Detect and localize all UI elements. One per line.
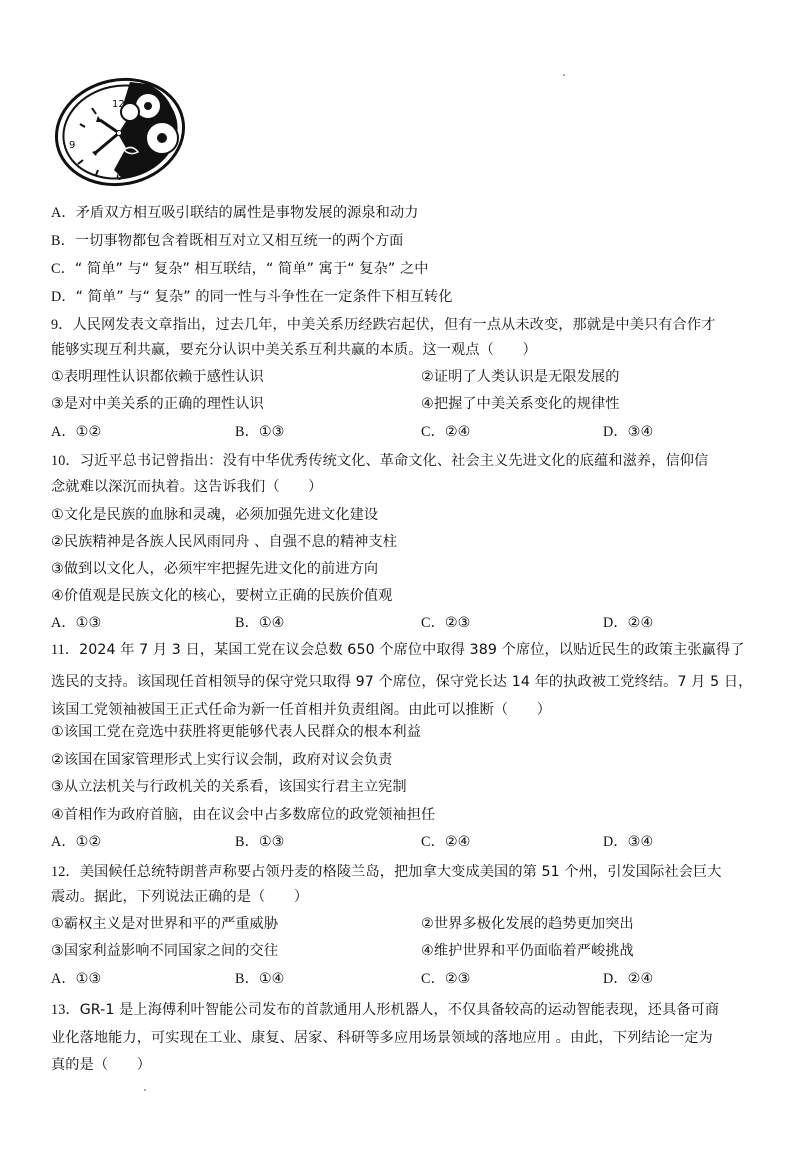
q8-option-a: A．矛盾双方相互吸引联结的属性是事物发展的源泉和动力 bbox=[51, 203, 419, 223]
q12-statement-1: ①霸权主义是对世界和平的严重威胁 bbox=[51, 916, 278, 932]
q13-stem-line2: 业化落地能力，可实现在工业、康复、居家、科研等多应用场景领域的落地应用 。由此，… bbox=[51, 1028, 713, 1048]
q9-statement-4: ④把握了中美关系变化的规律性 bbox=[421, 394, 620, 414]
q11-stem-line3: 该国工党领袖被国王正式任命为新一任首相并负责组阁。由此可以推断（ ） bbox=[51, 700, 551, 720]
q12-statement-3: ③国家利益影响不同国家之间的交往 bbox=[51, 943, 278, 959]
q9-statement-1: ①表明理性认识都依赖于感性认识 bbox=[51, 369, 264, 385]
q13-stem-line3: 真的是（ ） bbox=[51, 1055, 151, 1075]
q12-statement-2: ②世界多极化发展的趋势更加突出 bbox=[421, 914, 634, 934]
q9-choice-b[interactable]: B．①③ bbox=[235, 422, 285, 442]
q9-choices: A．①② B．①③ C．②④ D．③④ bbox=[51, 422, 771, 442]
q9-statement-2: ②证明了人类认识是无限发展的 bbox=[421, 367, 620, 387]
q9-choice-a[interactable]: A．①② bbox=[51, 422, 101, 442]
q12-stem-line1: 12．美国候任总统特朗普声称要占领丹麦的格陵兰岛，把加拿大变成美国的第 51 个… bbox=[51, 862, 722, 882]
q12-choice-c[interactable]: C．②③ bbox=[421, 969, 471, 989]
q9-statements-row2: ③是对中美关系的正确的理性认识 ④把握了中美关系变化的规律性 bbox=[51, 394, 264, 414]
q11-stem-line2: 选民的支持。该国现任首相领导的保守党只取得 97 个席位，保守党长达 14 年的… bbox=[51, 672, 752, 692]
q9-stem-line2: 能够实现互利共赢，要充分认识中美关系互利共赢的本质。这一观点（ ） bbox=[51, 340, 537, 360]
q11-choice-c[interactable]: C．②④ bbox=[421, 832, 471, 852]
q11-statement-2: ②该国在国家管理形式上实行议会制，政府对议会负责 bbox=[51, 750, 392, 770]
q13-stem-line1: 13．GR-1 是上海傅利叶智能公司发布的首款通用人形机器人，不仅具备较高的运动… bbox=[51, 1000, 719, 1020]
q10-stem-line1: 10．习近平总书记曾指出：没有中华优秀传统文化、革命文化、社会主义先进文化的底蕴… bbox=[51, 451, 708, 471]
q11-statement-1: ①该国工党在竞选中获胜将更能够代表人民群众的根本利益 bbox=[51, 722, 421, 742]
q12-choice-b[interactable]: B．①④ bbox=[235, 969, 285, 989]
q9-choice-c[interactable]: C．②④ bbox=[421, 422, 471, 442]
clock-gears-figure: 12 9 6 bbox=[52, 72, 192, 190]
q11-choice-b[interactable]: B．①③ bbox=[235, 832, 285, 852]
q8-option-c: C．“ 简单” 与“ 复杂” 相互联结，“ 简单” 寓于“ 复杂” 之中 bbox=[51, 259, 429, 279]
q10-statement-2: ②民族精神是各族人民风雨同舟 、自强不息的精神支柱 bbox=[51, 532, 397, 552]
svg-text:6: 6 bbox=[116, 172, 122, 183]
scan-speck bbox=[144, 1089, 146, 1091]
q9-choice-d[interactable]: D．③④ bbox=[603, 422, 653, 442]
q12-statement-4: ④维护世界和平仍面临着严峻挑战 bbox=[421, 941, 634, 961]
q10-statement-1: ①文化是民族的血脉和灵魂，必须加强先进文化建设 bbox=[51, 505, 378, 525]
q10-statement-4: ④价值观是民族文化的核心，要树立正确的民族价值观 bbox=[51, 586, 392, 606]
q12-choice-d[interactable]: D．②④ bbox=[603, 969, 653, 989]
q10-choice-b[interactable]: B．①④ bbox=[235, 613, 285, 633]
q8-option-d: D．“ 简单” 与“ 复杂” 的同一性与斗争性在一定条件下相互转化 bbox=[51, 287, 453, 307]
q12-stem-line2: 震动。据此，下列说法正确的是（ ） bbox=[51, 887, 308, 907]
q9-stem-line1: 9．人民网发表文章指出，过去几年，中美关系历经跌宕起伏，但有一点从未改变，那就是… bbox=[51, 315, 715, 335]
q11-choices: A．①② B．①③ C．②④ D．③④ bbox=[51, 832, 771, 852]
q11-choice-d[interactable]: D．③④ bbox=[603, 832, 653, 852]
q11-statement-4: ④首相作为政府首脑，由在议会中占多数席位的政党领袖担任 bbox=[51, 805, 435, 825]
q12-choice-a[interactable]: A．①③ bbox=[51, 969, 101, 989]
q10-choice-d[interactable]: D．②④ bbox=[603, 613, 653, 633]
svg-text:12: 12 bbox=[112, 99, 125, 110]
q11-choice-a[interactable]: A．①② bbox=[51, 832, 101, 852]
q9-statements-row1: ①表明理性认识都依赖于感性认识 ②证明了人类认识是无限发展的 bbox=[51, 367, 264, 387]
scan-speck bbox=[563, 74, 565, 76]
q12-statements-row2: ③国家利益影响不同国家之间的交往 ④维护世界和平仍面临着严峻挑战 bbox=[51, 941, 278, 961]
svg-text:9: 9 bbox=[69, 140, 75, 151]
q12-choices: A．①③ B．①④ C．②③ D．②④ bbox=[51, 969, 771, 989]
q8-option-b: B．一切事物都包含着既相互对立又相互统一的两个方面 bbox=[51, 231, 403, 251]
clock-icon: 12 9 6 bbox=[52, 72, 192, 190]
q10-statement-3: ③做到以文化人，必须牢牢把握先进文化的前进方向 bbox=[51, 559, 378, 579]
q12-statements-row1: ①霸权主义是对世界和平的严重威胁 ②世界多极化发展的趋势更加突出 bbox=[51, 914, 278, 934]
q9-statement-3: ③是对中美关系的正确的理性认识 bbox=[51, 396, 264, 412]
q10-choices: A．①③ B．①④ C．②③ D．②④ bbox=[51, 613, 771, 633]
q11-statement-3: ③从立法机关与行政机关的关系看，该国实行君主立宪制 bbox=[51, 777, 407, 797]
q10-stem-line2: 念就难以深沉而执着。这告诉我们（ ） bbox=[51, 477, 322, 497]
q10-choice-c[interactable]: C．②③ bbox=[421, 613, 471, 633]
q10-choice-a[interactable]: A．①③ bbox=[51, 613, 101, 633]
q11-stem-line1: 11．2024 年 7 月 3 日，某国工党在议会总数 650 个席位中取得 3… bbox=[51, 640, 745, 660]
